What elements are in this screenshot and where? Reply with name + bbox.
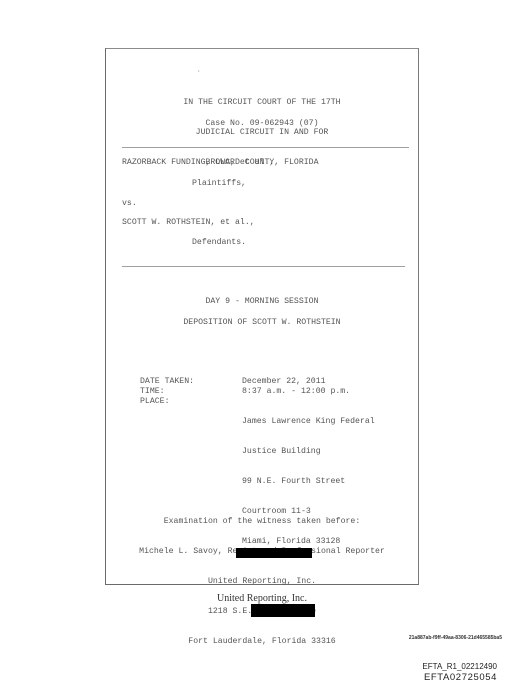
- footer-company: United Reporting, Inc.: [105, 593, 419, 604]
- defendant-role: Defendants.: [192, 238, 246, 248]
- session-day: DAY 9 - MORNING SESSION: [105, 297, 419, 307]
- time-label: TIME:: [140, 387, 165, 397]
- reporter-line: Examination of the witness taken before:: [105, 517, 419, 527]
- versus: vs.: [122, 199, 137, 209]
- court-line: JUDICIAL CIRCUIT IN AND FOR: [105, 128, 419, 138]
- document-hash: 21a887ab-f9ff-49aa-8306-21d465585ba5: [409, 635, 502, 641]
- deposition-title: DEPOSITION OF SCOTT W. ROTHSTEIN: [105, 318, 419, 328]
- stray-mark: ·: [197, 67, 201, 77]
- bates-number-2: EFTA02725054: [424, 672, 497, 683]
- reporter-line: Fort Lauderdale, Florida 33316: [105, 637, 419, 647]
- divider: [122, 266, 405, 267]
- reporter-line: United Reporting, Inc.: [105, 577, 419, 587]
- place-line: James Lawrence King Federal: [242, 417, 375, 427]
- time-value: 8:37 a.m. - 12:00 p.m.: [242, 387, 350, 397]
- date-label: DATE TAKEN:: [140, 377, 194, 387]
- redaction-bar: [251, 604, 315, 617]
- place-line: 99 N.E. Fourth Street: [242, 477, 375, 487]
- plaintiff-role: Plaintiffs,: [192, 179, 246, 189]
- case-number: Case No. 09-062943 (07): [105, 119, 419, 129]
- court-line: IN THE CIRCUIT COURT OF THE 17TH: [105, 98, 419, 108]
- plaintiff-name: RAZORBACK FUNDING, LLC, et al.,: [122, 158, 274, 168]
- reporter-block: Examination of the witness taken before:…: [105, 497, 419, 657]
- divider: [122, 147, 409, 148]
- bates-number-1: EFTA_R1_02212490: [422, 662, 497, 671]
- place-label: PLACE:: [140, 397, 169, 407]
- redaction-bar: [236, 548, 312, 558]
- place-line: Justice Building: [242, 447, 375, 457]
- defendant-name: SCOTT W. ROTHSTEIN, et al.,: [122, 218, 255, 228]
- date-value: December 22, 2011: [242, 377, 326, 387]
